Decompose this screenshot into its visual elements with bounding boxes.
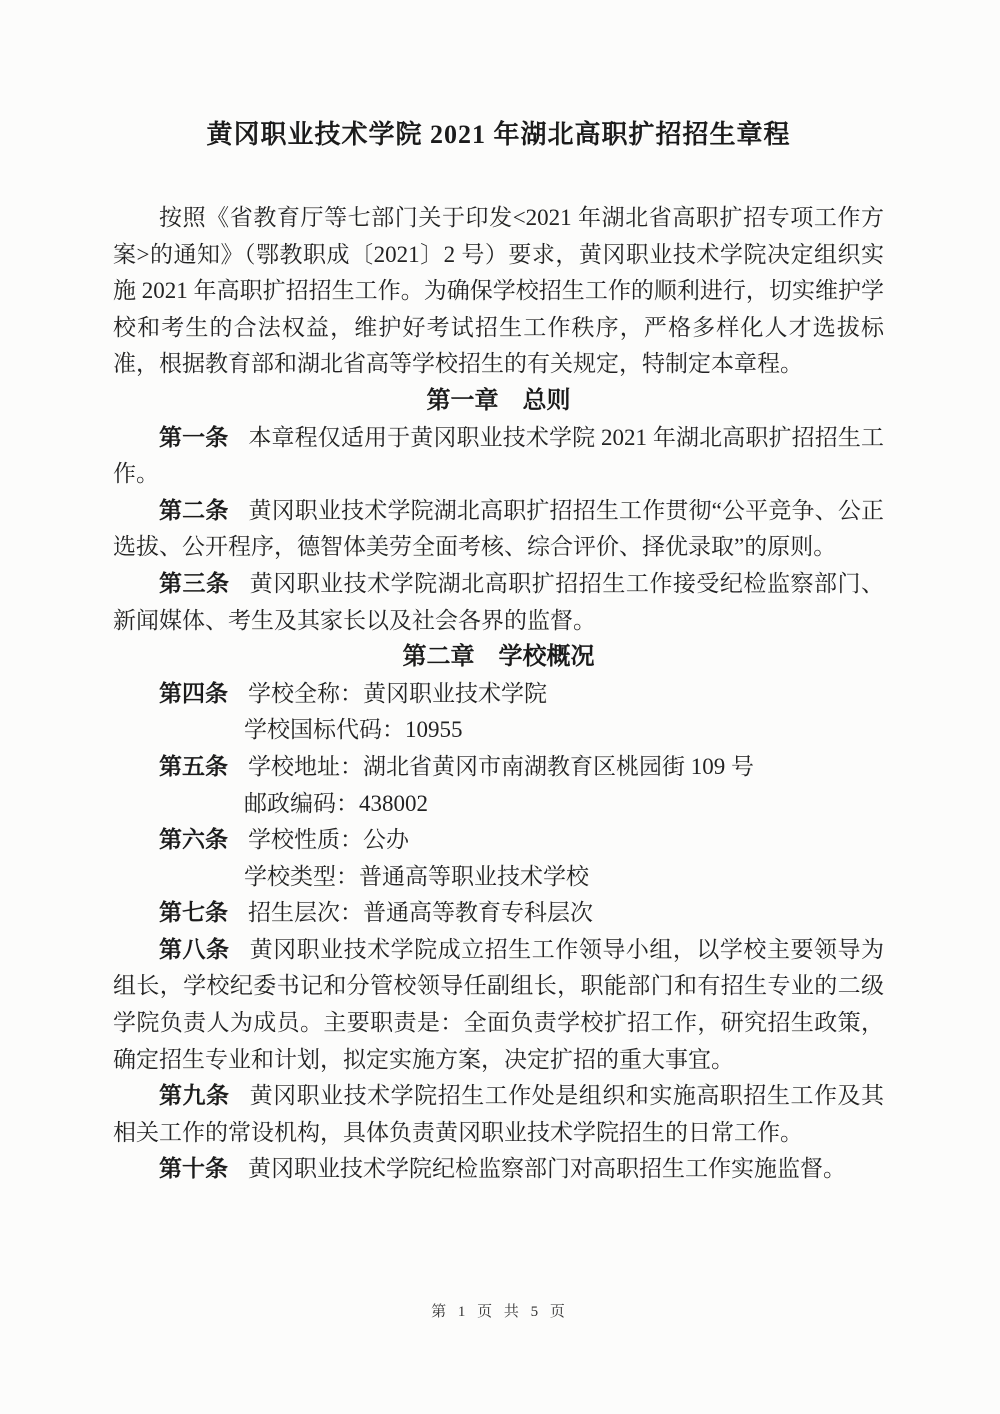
article-5: 第五条学校地址：湖北省黄冈市南湖教育区桃园街 109 号 邮政编码：438002 [113,749,884,822]
chapter-2-title: 学校概况 [499,644,595,670]
article-7-label: 第七条 [159,900,228,925]
chapter-2-heading: 第二章学校概况 [113,639,884,676]
article-6-line-1: 学校性质：公办 [248,827,409,852]
chapter-1-number: 第一章 [427,388,499,414]
article-5-line-2: 邮政编码：438002 [244,786,884,823]
article-3-label: 第三条 [159,571,230,596]
article-5-label: 第五条 [159,754,228,779]
chapter-1-heading: 第一章总则 [113,383,884,420]
article-6-line-2: 学校类型：普通高等职业技术学校 [244,859,884,896]
article-2-text: 黄冈职业技术学院湖北高职扩招招生工作贯彻“公平竞争、公正选拔、公开程序，德智体美… [113,498,884,560]
article-2: 第二条黄冈职业技术学院湖北高职扩招招生工作贯彻“公平竞争、公正选拔、公开程序，德… [113,493,884,566]
article-8: 第八条黄冈职业技术学院成立招生工作领导小组，以学校主要领导为组长，学校纪委书记和… [113,932,884,1078]
article-6: 第六条学校性质：公办 学校类型：普通高等职业技术学校 [113,822,884,895]
document-body: 按照《省教育厅等七部门关于印发<2021 年湖北省高职扩招专项工作方案>的通知》… [113,200,884,1188]
article-6-label: 第六条 [159,827,228,852]
document-page: 黄冈职业技术学院 2021 年湖北高职扩招招生章程 按照《省教育厅等七部门关于印… [0,0,1000,1414]
page-number-footer: 第 1 页 共 5 页 [0,1300,1000,1321]
chapter-1-title: 总则 [523,388,571,414]
article-7-line-1: 招生层次：普通高等教育专科层次 [248,900,593,925]
chapter-2-number: 第二章 [403,644,475,670]
article-7: 第七条招生层次：普通高等教育专科层次 [113,895,884,932]
document-title: 黄冈职业技术学院 2021 年湖北高职扩招招生章程 [113,116,884,154]
document-content: 黄冈职业技术学院 2021 年湖北高职扩招招生章程 按照《省教育厅等七部门关于印… [113,0,884,1188]
article-1: 第一条本章程仅适用于黄冈职业技术学院 2021 年湖北高职扩招招生工作。 [113,420,884,493]
article-2-label: 第二条 [159,498,228,523]
article-1-label: 第一条 [159,425,228,450]
article-4-label: 第四条 [159,681,228,706]
article-3: 第三条黄冈职业技术学院湖北高职扩招招生工作接受纪检监察部门、新闻媒体、考生及其家… [113,566,884,639]
article-5-line-1: 学校地址：湖北省黄冈市南湖教育区桃园街 109 号 [248,754,754,779]
article-4-line-1: 学校全称：黄冈职业技术学院 [248,681,547,706]
article-10-text: 黄冈职业技术学院纪检监察部门对高职招生工作实施监督。 [248,1156,846,1181]
article-4-line-2: 学校国标代码：10955 [244,712,884,749]
article-1-text: 本章程仅适用于黄冈职业技术学院 2021 年湖北高职扩招招生工作。 [113,425,884,487]
intro-paragraph: 按照《省教育厅等七部门关于印发<2021 年湖北省高职扩招专项工作方案>的通知》… [113,200,884,383]
article-4: 第四条学校全称：黄冈职业技术学院 学校国标代码：10955 [113,676,884,749]
article-9: 第九条黄冈职业技术学院招生工作处是组织和实施高职招生工作及其相关工作的常设机构，… [113,1078,884,1151]
article-9-label: 第九条 [159,1083,230,1108]
article-10-label: 第十条 [159,1156,228,1181]
article-8-label: 第八条 [159,937,230,962]
article-10: 第十条黄冈职业技术学院纪检监察部门对高职招生工作实施监督。 [113,1151,884,1188]
